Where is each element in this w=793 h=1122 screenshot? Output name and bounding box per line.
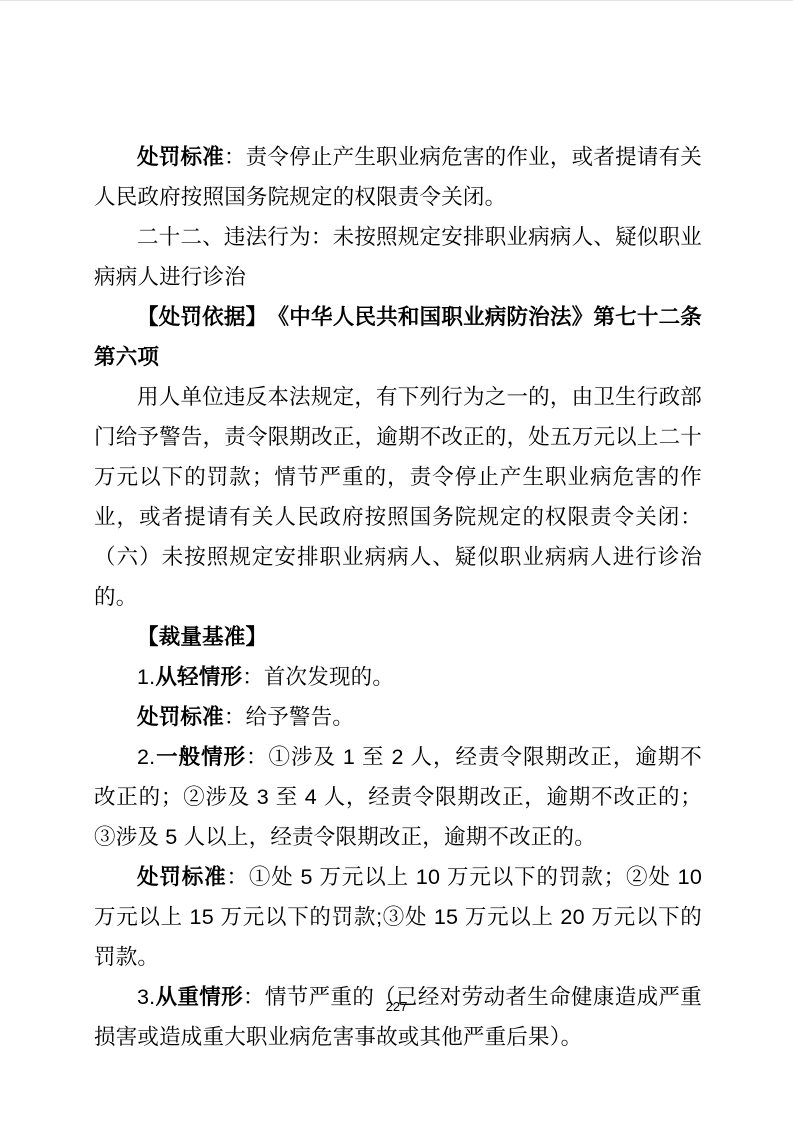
- lenient-penalty-label: 处罚标准: [137, 705, 224, 729]
- general-circumstance-label: 一般情形: [155, 745, 246, 769]
- lenient-circumstance-label: 从轻情形: [155, 665, 242, 689]
- penalty-standard-label: 处罚标准: [137, 145, 224, 169]
- para-lenient-penalty-standard: 处罚标准：给予警告。: [94, 697, 702, 737]
- lenient-item-number: 1.: [137, 665, 155, 689]
- document-body: 处罚标准：责令停止产生职业病危害的作业，或者提请有关人民政府按照国务院规定的权限…: [94, 137, 702, 1057]
- general-item-number: 2.: [137, 745, 155, 769]
- para-violation-item-22: 二十二、违法行为：未按照规定安排职业病病人、疑似职业病病人进行诊治: [94, 217, 702, 297]
- penalty-basis-text: 【处罚依据】 《中华人民共和国职业病防治法》第七十二条第六项: [94, 305, 702, 369]
- law-article-text: 用人单位违反本法规定，有下列行为之一的，由卫生行政部门给予警告，责令限期改正，逾…: [94, 385, 702, 609]
- page-number: 227: [0, 999, 793, 1015]
- lenient-penalty-text: ：给予警告。: [224, 705, 354, 729]
- para-lenient-circumstance: 1.从轻情形：首次发现的。: [94, 657, 702, 697]
- para-penalty-standard-intro: 处罚标准：责令停止产生职业病危害的作业，或者提请有关人民政府按照国务院规定的权限…: [94, 137, 702, 217]
- para-general-penalty-standard: 处罚标准：①处 5 万元以上 10 万元以下的罚款；②处 10 万元以上 15 …: [94, 857, 702, 977]
- para-law-article-text: 用人单位违反本法规定，有下列行为之一的，由卫生行政部门给予警告，责令限期改正，逾…: [94, 377, 702, 617]
- lenient-circumstance-text: ：首次发现的。: [242, 665, 394, 689]
- para-aggravated-circumstance: 3.从重情形：情节严重的（已经对劳动者生命健康造成严重损害或造成重大职业病危害事…: [94, 977, 702, 1057]
- violation-item-text: 二十二、违法行为：未按照规定安排职业病病人、疑似职业病病人进行诊治: [94, 225, 702, 289]
- para-general-circumstance: 2.一般情形：①涉及 1 至 2 人，经责令限期改正，逾期不改正的；②涉及 3 …: [94, 737, 702, 857]
- para-discretion-benchmark-heading: 【裁量基准】: [94, 617, 702, 657]
- para-penalty-basis-heading: 【处罚依据】 《中华人民共和国职业病防治法》第七十二条第六项: [94, 297, 702, 377]
- discretion-benchmark-label: 【裁量基准】: [137, 625, 267, 649]
- general-penalty-label: 处罚标准: [137, 865, 227, 889]
